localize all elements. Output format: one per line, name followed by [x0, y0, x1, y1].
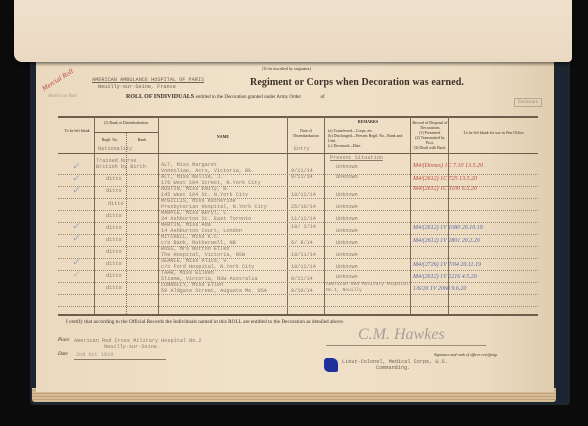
row-rank: ditto [106, 273, 122, 279]
col-remarks-header: REMARKS [326, 119, 410, 124]
date-underline [74, 359, 166, 360]
row-war-office-note: M4/(2612) 1V 2801 20.2.20 [413, 238, 480, 244]
row-date: 9/11/14 [291, 174, 313, 180]
row-rank: ditto [106, 261, 122, 267]
check-mark-icon: ✓ [72, 173, 80, 184]
row-rank: ditto [106, 237, 122, 243]
col-disposal-header: Record of Disposal of Decorations (1) Pr… [412, 120, 448, 150]
row-date: 11/12/14 [291, 216, 316, 222]
header-bottom-rule [58, 153, 538, 154]
row-rule [58, 234, 538, 235]
row-nationality: British by Birth [96, 164, 146, 170]
remarks-legend-c: (c) Deceased—Date. [328, 143, 410, 148]
row-remark: Unknown [336, 192, 358, 198]
roll-title-line: ROLL OF INDIVIDUALS entitled to the Deco… [126, 94, 325, 100]
row-remark: American Red Military Hospital No.1, Neu… [326, 282, 410, 294]
signature-caption: Signature and rank of officer certifying… [434, 352, 498, 357]
row-war-office-note: 1/6/20 1V 2060 9.6.20 [413, 286, 466, 292]
table-bottom-rule [58, 314, 538, 316]
check-mark-icon: ✓ [72, 233, 80, 244]
margin-note-red: Mercial Roll [41, 67, 75, 93]
row-war-office-note: M4/(2612) 1V 1080 20.10.19 [413, 225, 483, 231]
check-mark-icon: ✓ [72, 185, 80, 196]
row-remark: Unknown [336, 204, 358, 210]
row-rule [58, 294, 538, 295]
row-war-office-note: M4/(2612) 1V 2216 4.5.20 [413, 274, 477, 280]
certification-text: I certify that according to the Official… [66, 319, 344, 325]
date-value: 2nd Oct 1919 [76, 352, 113, 358]
col-divider [448, 116, 449, 314]
disposal-legend-2: (2) Transmitted by Post. [412, 135, 448, 145]
row-war-office-note: M4/(2726) 1V 7/04 20.11.19 [413, 262, 481, 268]
row-address: 58 Aldgate Street, Augusta Me. USA [161, 288, 286, 294]
row-remark: Unknown [336, 252, 358, 258]
col-divider [158, 116, 159, 314]
table-top-rule [58, 116, 538, 118]
col-divider [94, 116, 95, 314]
disposal-title: Record of Disposal of Decorations [412, 120, 448, 130]
row-rule [58, 282, 538, 283]
place-label: Place [58, 338, 69, 343]
entry-sub: Entry [294, 146, 310, 152]
row-remark: Unknown [336, 274, 358, 280]
row-rank: ditto [106, 213, 122, 219]
col-rank-header: Rank [128, 137, 156, 142]
unit-line: AMERICAN AMBULANCE HOSPITAL OF PARIS [92, 77, 204, 83]
col-group-rule [94, 132, 158, 133]
col-divider [324, 116, 325, 314]
ledger-page: (To be inscribed by originator) Mercial … [36, 62, 554, 392]
check-mark-icon: ✓ [72, 257, 80, 268]
check-mark-icon: ✓ [72, 269, 80, 280]
row-war-office-note: M4/(2612) 1C 725 13.5.20 [413, 176, 477, 182]
row-war-office-note: M4/(Disnes) 1C 7.10 13.5.20 [413, 163, 483, 169]
row-remark: Unknown [336, 164, 358, 170]
row-date: 25/10/14 [291, 204, 316, 210]
col-divider [287, 116, 288, 314]
unit-line-2: Neuilly-sur-Seine, France [98, 84, 176, 90]
row-rank: ditto [106, 285, 122, 291]
col-date-header: Date of Disembarkation [288, 128, 324, 138]
stamp: Enclosure [514, 98, 542, 107]
row-remark: Unknown [336, 228, 358, 234]
row-remark: Unknown [336, 264, 358, 270]
row-rule [58, 210, 538, 211]
row-date: 18/12/14 [291, 264, 316, 270]
row-rank: ditto [106, 225, 122, 231]
row-rule [58, 258, 538, 259]
row-rank: ditto [108, 201, 124, 207]
row-remark: Unknown [336, 240, 358, 246]
row-rank: ditto [106, 176, 122, 182]
col-regtl-header: Regtl. No. [96, 137, 124, 142]
row-remark: Unknown [336, 174, 358, 180]
row-date: 18/11/14 [291, 252, 316, 258]
row-war-office-note: M4/(2612) 1C 1100 6.5.20 [413, 186, 477, 192]
col-war-office-header: To be left blank for use in War Office. [456, 130, 532, 135]
roll-title: ROLL OF INDIVIDUALS [126, 94, 194, 100]
remarks-legend-b: (b) Discharged—Present Regtl. No., Rank … [328, 133, 410, 143]
row-rule [58, 198, 538, 199]
row-date: 18/12/14 [291, 192, 316, 198]
row-date: 18/ 2/14 [291, 224, 316, 230]
ink-stamp-icon [324, 358, 338, 372]
col-blank-header: To be left blank [62, 128, 92, 133]
date-label: Date [58, 352, 68, 357]
row-rule [58, 222, 538, 223]
col-divider [410, 116, 411, 314]
regiment-title: Regiment or Corps when Decoration was ea… [250, 77, 464, 88]
present-situation-sub: Present Situation [330, 155, 383, 161]
place-value-2: Neuilly-sur-Seine. [104, 344, 160, 350]
check-mark-icon: ✓ [72, 221, 80, 232]
margin-note-pencil: American Red [48, 94, 76, 99]
row-date: 8/10/14 [291, 288, 313, 294]
signature: C.M. Hawkes [358, 326, 445, 344]
row-remark: Unknown [336, 216, 358, 222]
col-rank-group-header: (1) Rank at Disembarkation [96, 120, 156, 125]
row-date: 6/ 8/14 [291, 240, 313, 246]
roll-subtitle: entitled to the Decoration granted under… [196, 95, 301, 100]
row-rule [58, 270, 538, 271]
disposal-legend-3: (3) Dealt with Back. [412, 145, 448, 150]
remarks-legend: (a) Transferred—Corps, etc. (b) Discharg… [328, 128, 410, 148]
turned-page [14, 0, 572, 62]
top-note: (To be inscribed by originator) [262, 66, 311, 71]
signature-line [326, 345, 486, 346]
row-rank: ditto [106, 188, 122, 194]
of-label: of [321, 95, 325, 100]
signer-role: Commanding. [376, 365, 410, 371]
col-name-header: NAME [160, 134, 286, 139]
nationality-sub: Nationality [98, 146, 132, 152]
row-rule [58, 306, 538, 307]
row-rank: ditto [106, 249, 122, 255]
row-date: 8/11/14 [291, 276, 313, 282]
check-mark-icon: ✓ [72, 161, 80, 172]
row-rule [58, 246, 538, 247]
